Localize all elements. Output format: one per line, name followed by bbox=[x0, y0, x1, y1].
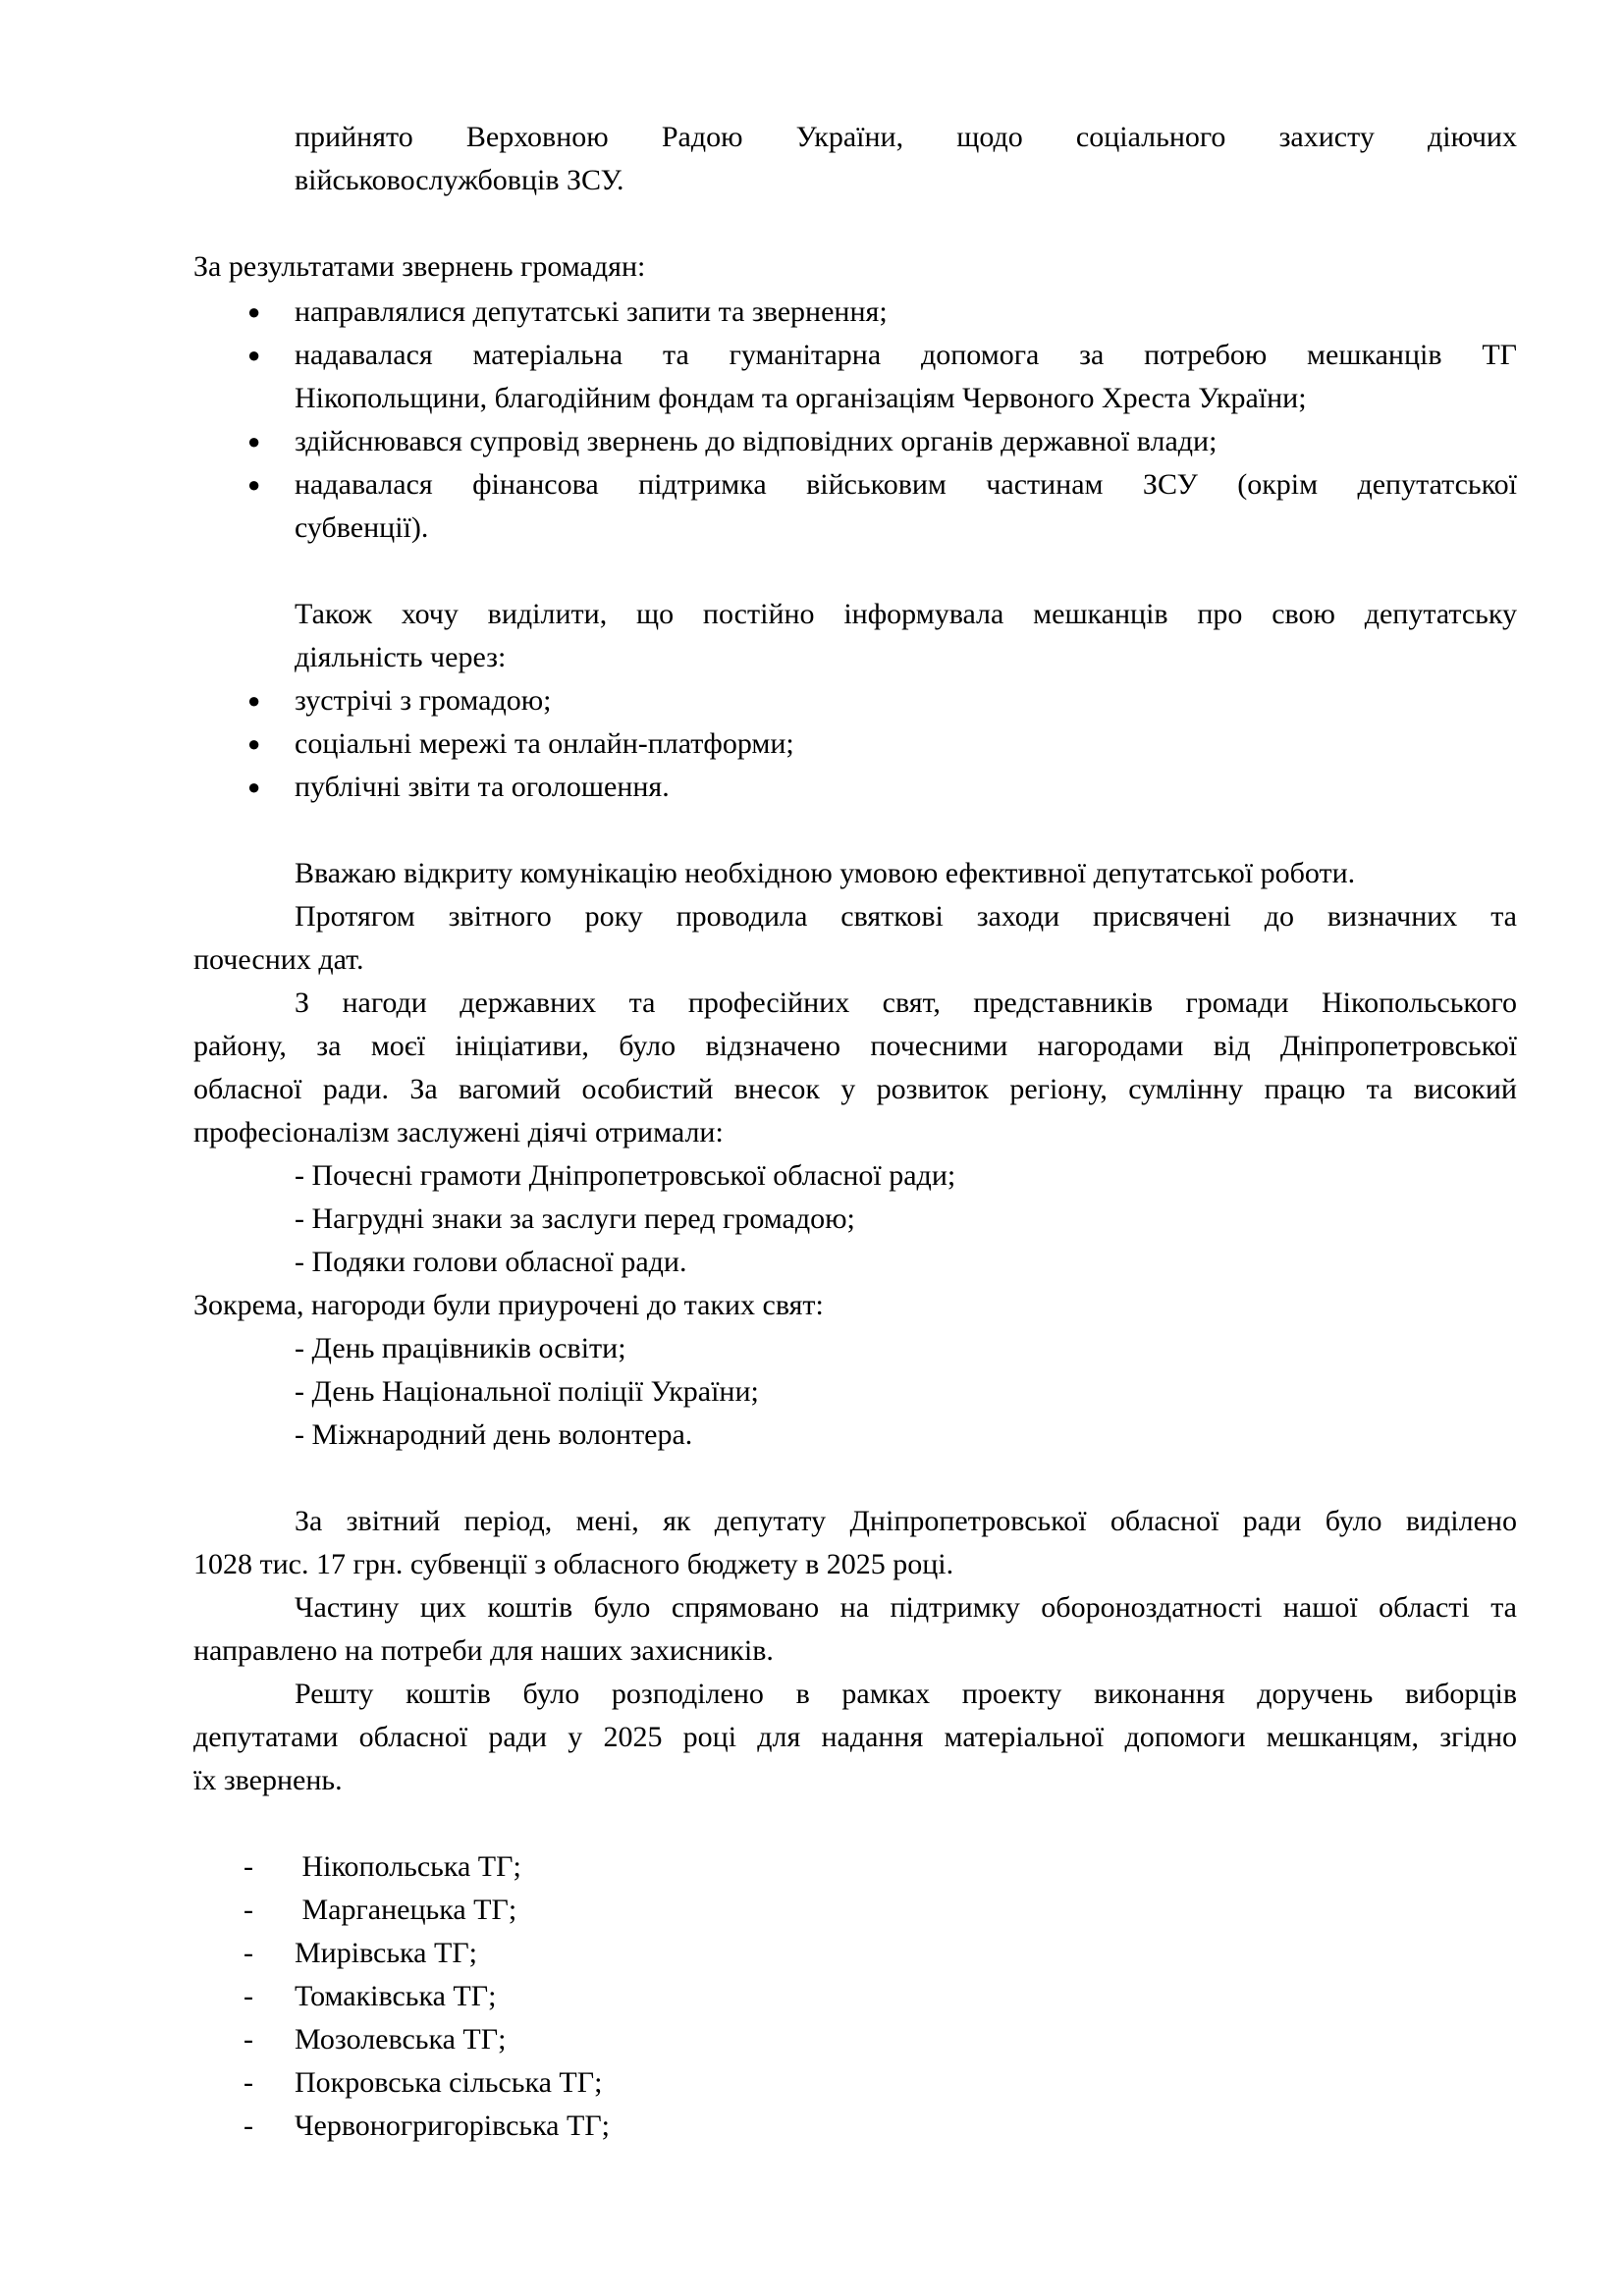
bullet-icon: ● bbox=[247, 291, 260, 334]
intro-line-1: прийнято Верховною Радою України, щодо с… bbox=[295, 116, 1517, 159]
awards-line-3: обласної ради. За вагомий особистий внес… bbox=[193, 1068, 1517, 1111]
subvention-line-1: За звітний період, мені, як депутату Дні… bbox=[295, 1500, 1517, 1543]
award-type-2: - Нагрудні знаки за заслуги перед громад… bbox=[295, 1198, 855, 1241]
celebrations-line-1: Протягом звітного року проводила святков… bbox=[295, 895, 1517, 938]
defense-line-1: Частину цих коштів було спрямовано на пі… bbox=[295, 1586, 1517, 1629]
community-4: Томаківська ТГ; bbox=[295, 1975, 496, 2018]
appeals-item-2-line-1: надавалася матеріальна та гуманітарна до… bbox=[295, 334, 1517, 377]
holidays-heading: Зокрема, нагороди були приурочені до так… bbox=[193, 1284, 824, 1327]
intro-line-2: військовослужбовців ЗСУ. bbox=[295, 159, 624, 202]
information-item-2: соціальні мережі та онлайн-платформи; bbox=[295, 722, 794, 766]
information-item-1: зустрічі з громадою; bbox=[295, 679, 551, 722]
rest-line-3: їх звернень. bbox=[193, 1759, 343, 1802]
dash-icon: - bbox=[244, 2105, 253, 2148]
subvention-line-2: 1028 тис. 17 грн. субвенції з обласного … bbox=[193, 1543, 953, 1586]
bullet-icon: ● bbox=[247, 463, 260, 507]
holiday-2: - День Національної поліції України; bbox=[295, 1370, 759, 1414]
appeals-heading: За результатами звернень громадян: bbox=[193, 245, 645, 289]
award-type-1: - Почесні грамоти Дніпропетровської обла… bbox=[295, 1154, 955, 1198]
bullet-icon: ● bbox=[247, 420, 260, 463]
awards-line-4: професіоналізм заслужені діячі отримали: bbox=[193, 1111, 724, 1154]
information-item-3: публічні звіти та оголошення. bbox=[295, 766, 670, 809]
defense-line-2: направлено на потреби для наших захисник… bbox=[193, 1629, 774, 1673]
dash-icon: - bbox=[244, 1932, 253, 1975]
dash-icon: - bbox=[244, 1975, 253, 2018]
dash-icon: - bbox=[244, 2061, 253, 2105]
appeals-item-4-line-1: надавалася фінансова підтримка військови… bbox=[295, 463, 1517, 507]
awards-line-1: З нагоди державних та професійних свят, … bbox=[295, 982, 1517, 1025]
rest-line-2: депутатами обласної ради у 2025 році для… bbox=[193, 1716, 1517, 1759]
document-page: прийнято Верховною Радою України, щодо с… bbox=[0, 0, 1624, 2296]
bullet-icon: ● bbox=[247, 679, 260, 722]
appeals-item-3: здійснювався супровід звернень до відпов… bbox=[295, 420, 1217, 463]
appeals-item-1: направлялися депутатські запити та зверн… bbox=[295, 291, 888, 334]
community-5: Мозолевська ТГ; bbox=[295, 2018, 506, 2061]
award-type-3: - Подяки голови обласної ради. bbox=[295, 1241, 686, 1284]
dash-icon: - bbox=[244, 2018, 253, 2061]
celebrations-line-2: почесних дат. bbox=[193, 938, 364, 982]
community-6: Покровська сільська ТГ; bbox=[295, 2061, 602, 2105]
appeals-item-4-line-2: субвенції). bbox=[295, 507, 428, 550]
information-para-line-2: діяльність через: bbox=[295, 636, 506, 679]
awards-line-2: району, за моєї ініціативи, було відзнач… bbox=[193, 1025, 1517, 1068]
holiday-1: - День працівників освіти; bbox=[295, 1327, 626, 1370]
bullet-icon: ● bbox=[247, 722, 260, 766]
appeals-item-2-line-2: Нікопольщини, благодійним фондам та орга… bbox=[295, 377, 1307, 420]
community-2: Марганецька ТГ; bbox=[295, 1889, 516, 1932]
information-para-line-1: Також хочу виділити, що постійно інформу… bbox=[295, 593, 1517, 636]
rest-line-1: Решту коштів було розподілено в рамках п… bbox=[295, 1673, 1517, 1716]
dash-icon: - bbox=[244, 1845, 253, 1889]
community-1: Нікопольська ТГ; bbox=[295, 1845, 521, 1889]
bullet-icon: ● bbox=[247, 334, 260, 377]
holiday-3: - Міжнародний день волонтера. bbox=[295, 1414, 692, 1457]
community-3: Мирівська ТГ; bbox=[295, 1932, 477, 1975]
bullet-icon: ● bbox=[247, 766, 260, 809]
dash-icon: - bbox=[244, 1889, 253, 1932]
communication-paragraph: Вважаю відкриту комунікацію необхідною у… bbox=[295, 852, 1355, 895]
community-7: Червоногригорівська ТГ; bbox=[295, 2105, 610, 2148]
